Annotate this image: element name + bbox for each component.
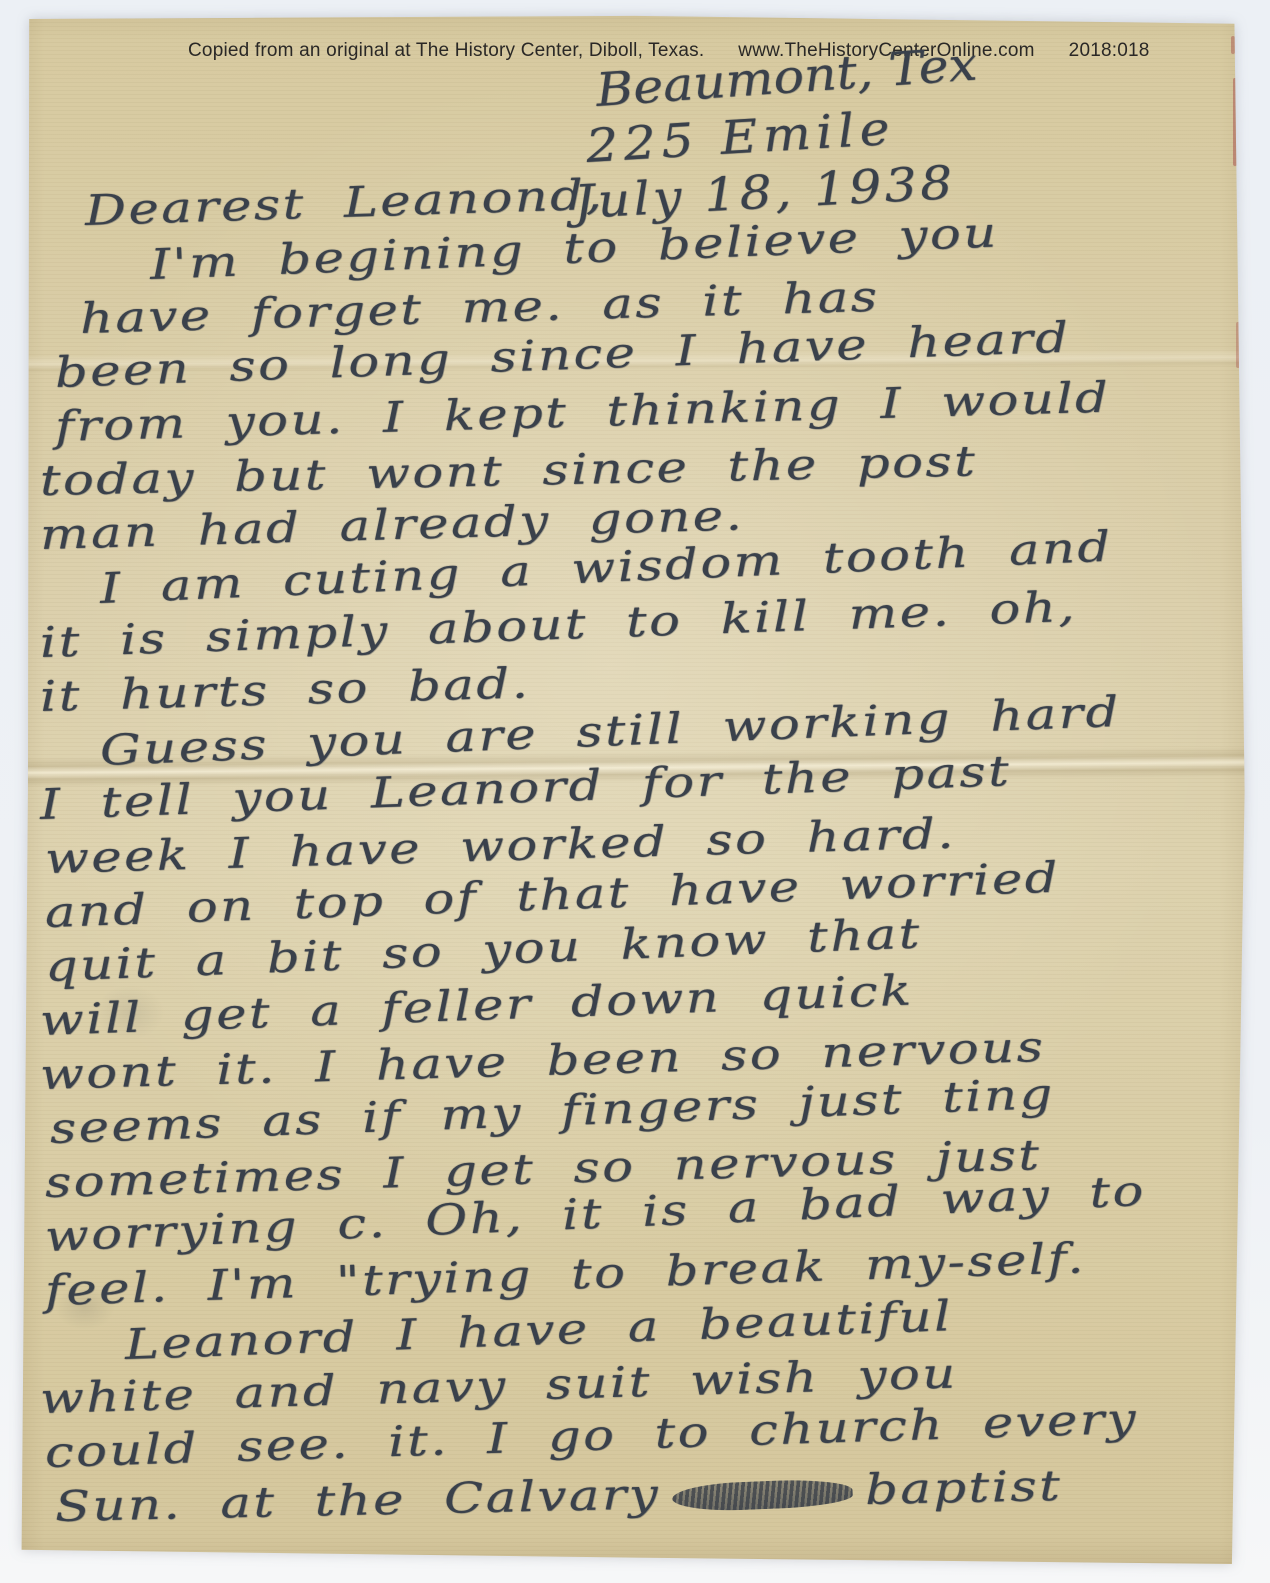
letter-line-text: baptist <box>865 1461 1063 1514</box>
letter-body: Dearest Leanond, I'm begining to believe… <box>40 186 1220 1536</box>
scanned-letter-page: { "archive_stamp": { "source_text": "Cop… <box>0 0 1270 1583</box>
stamp-source-text: Copied from an original at The History C… <box>188 40 704 62</box>
red-edge-mark <box>1231 36 1235 54</box>
stamp-accession-number: 2018:018 <box>1069 40 1150 62</box>
scribbled-out-word <box>672 1477 854 1513</box>
letter-paper: Copied from an original at The History C… <box>0 0 1270 1583</box>
letter-paper-wrapper: Copied from an original at The History C… <box>0 0 1270 1583</box>
